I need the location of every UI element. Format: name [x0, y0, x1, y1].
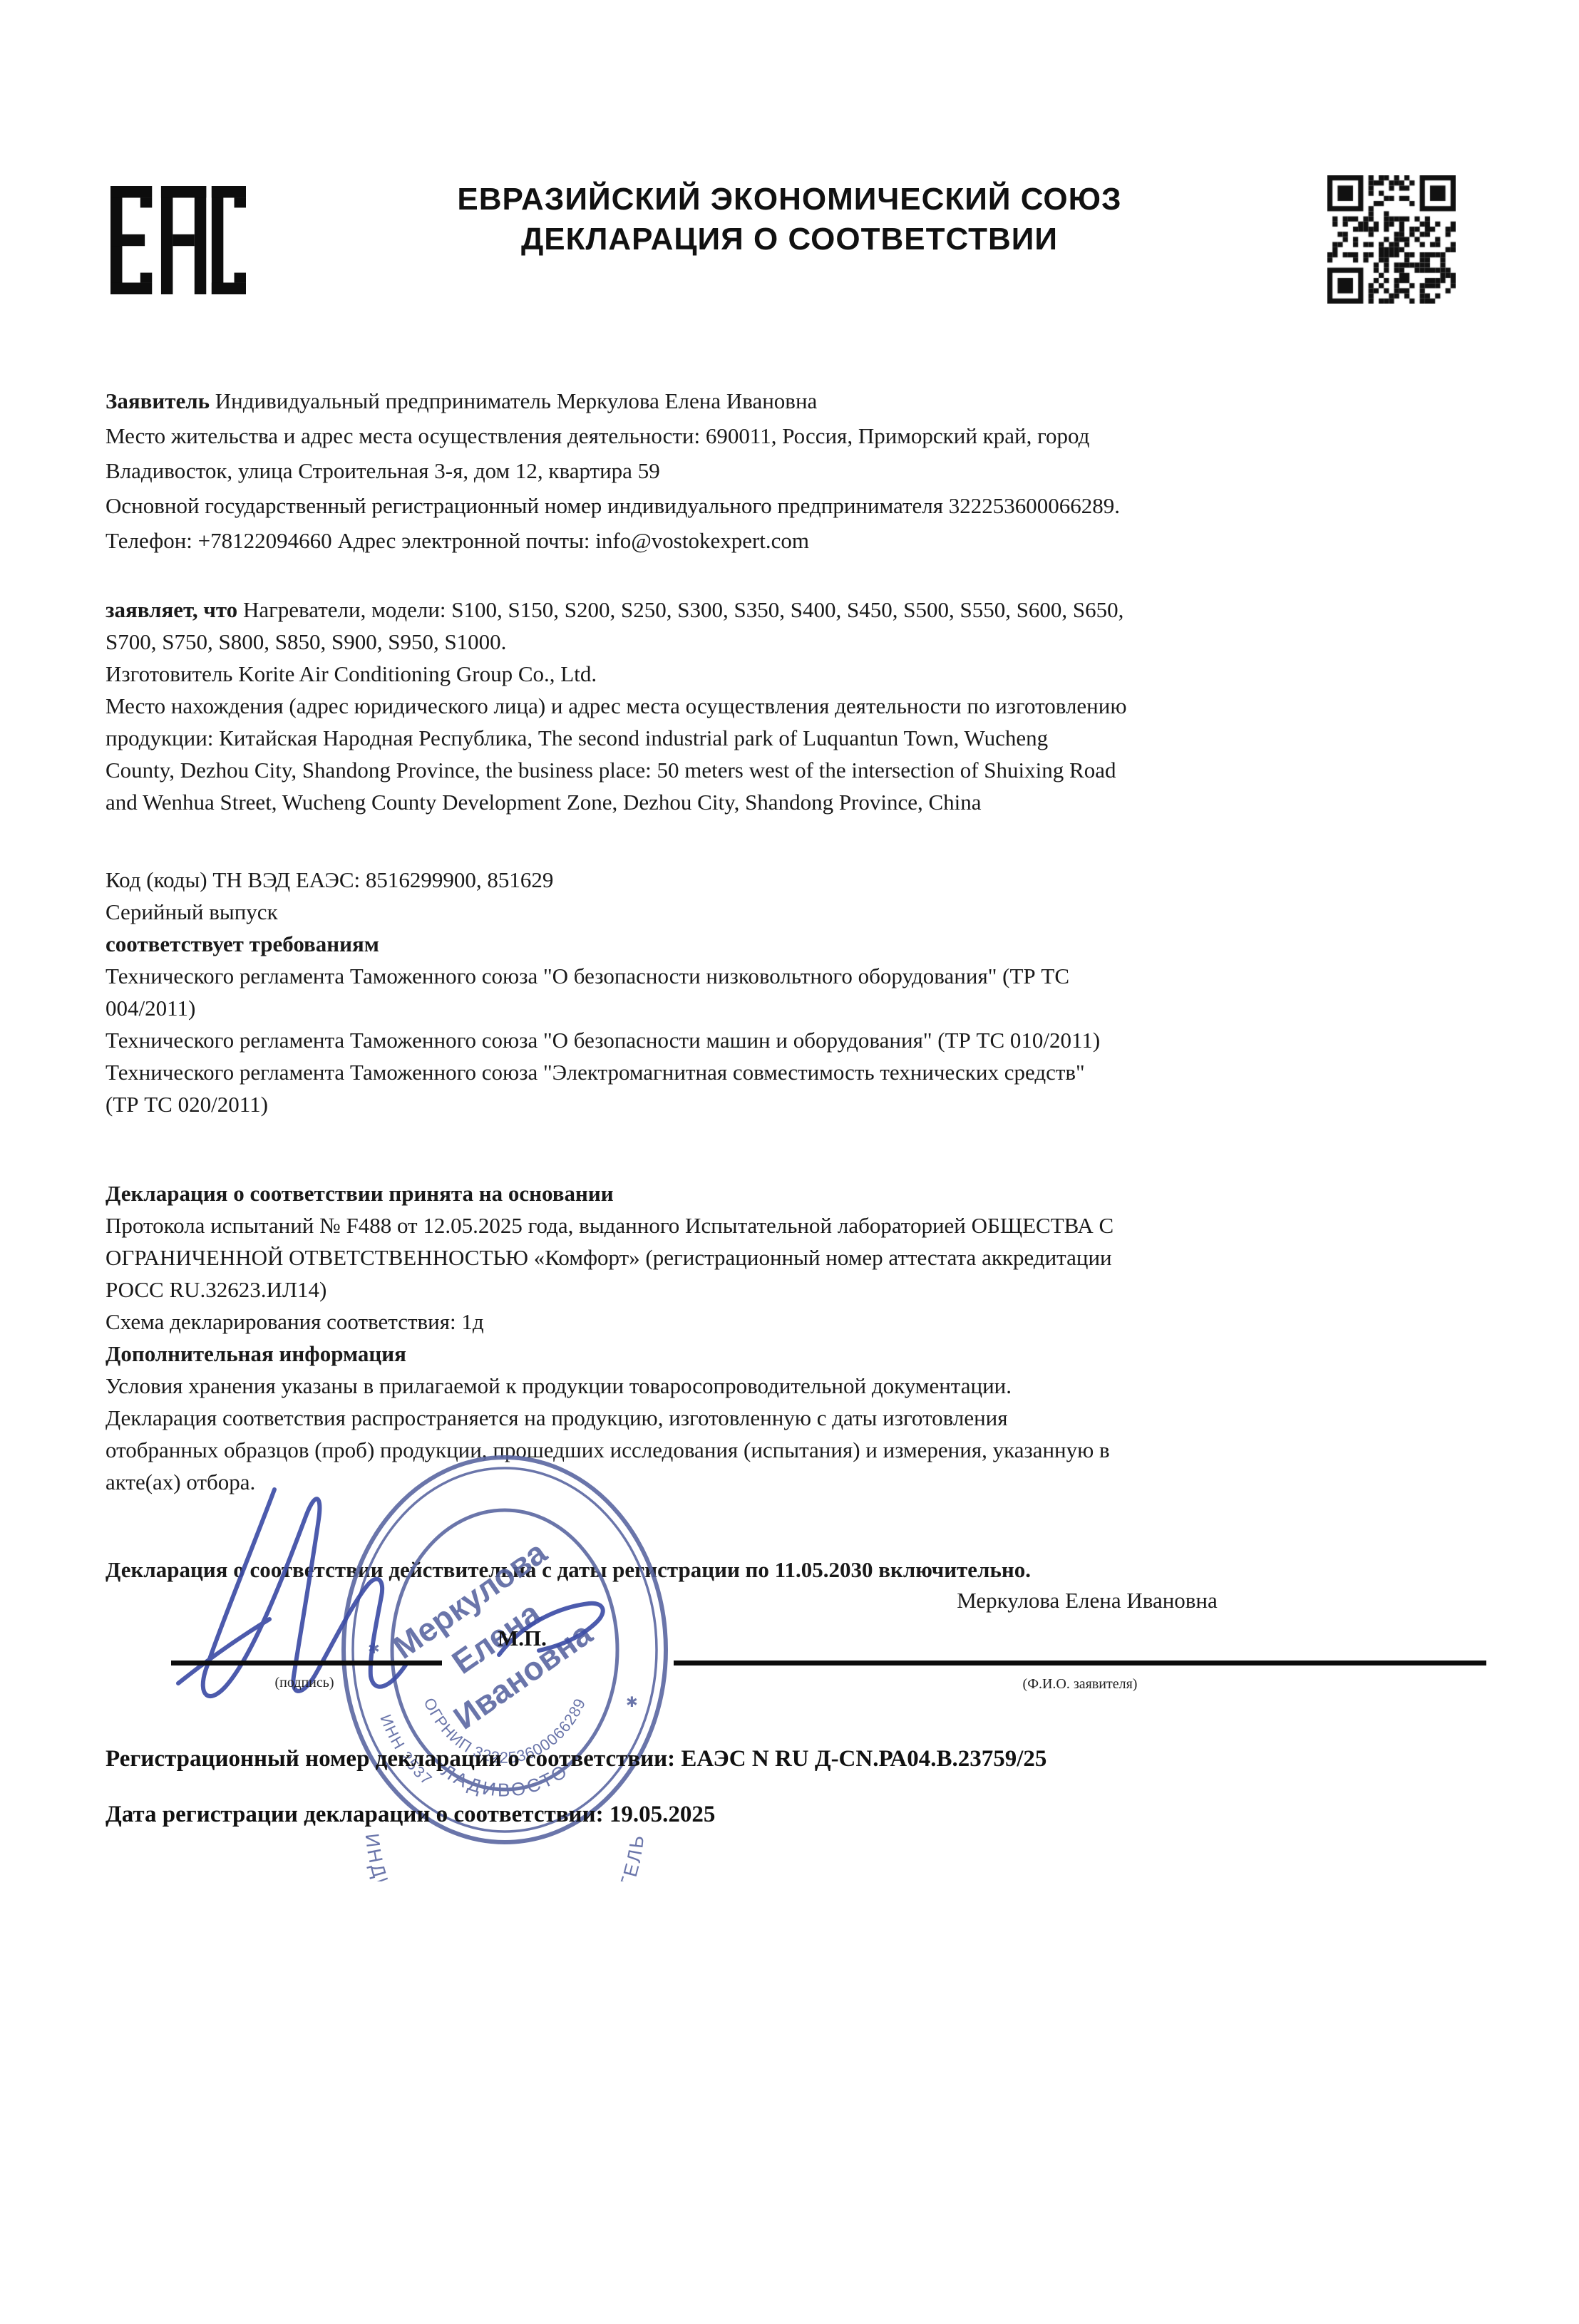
declares-label: заявляет, что: [106, 597, 237, 622]
basis-line1: Протокола испытаний № F488 от 12.05.2025…: [106, 1209, 1486, 1241]
additional-heading: Дополнительная информация: [106, 1338, 1486, 1370]
manufacturer-line: Изготовитель Korite Air Conditioning Gro…: [106, 658, 1486, 690]
stamp-place-label: М.П.: [498, 1626, 547, 1651]
serial-line: Серийный выпуск: [106, 896, 1486, 928]
fio-line: [674, 1661, 1486, 1665]
scheme-line: Схема декларирования соответствия: 1д: [106, 1306, 1486, 1338]
declares-line2: S700, S750, S800, S850, S900, S950, S100…: [106, 626, 1486, 658]
applicant-address-line2: Владивосток, улица Строительная 3-я, дом…: [106, 453, 1486, 488]
signature-line: [171, 1661, 442, 1665]
handwritten-signature: [135, 1461, 649, 1718]
stamp-ring-text: ИНДИВИДУАЛЬНЫЙ ПРЕДПРИНИМАТЕЛЬ: [361, 1832, 649, 1881]
stamp-ring-text-container: ИНДИВИДУАЛЬНЫЙ ПРЕДПРИНИМАТЕЛЬ: [361, 1832, 649, 1881]
qr-code: [1327, 175, 1456, 304]
applicant-address-line1: Место жительства и адрес места осуществл…: [106, 418, 1486, 453]
fio-caption: (Ф.И.О. заявителя): [937, 1676, 1223, 1693]
applicant-name: Индивидуальный предприниматель Меркулова…: [210, 388, 817, 413]
declaration-document: ЕВРАЗИЙСКИЙ ЭКОНОМИЧЕСКИЙ СОЮЗ ДЕКЛАРАЦИ…: [0, 0, 1579, 2324]
registration-date-line: Дата регистрации декларации о соответств…: [106, 1802, 1524, 1828]
manufacturer-location-line4: and Wenhua Street, Wucheng County Develo…: [106, 786, 1486, 818]
declares-line1: заявляет, что Нагреватели, модели: S100,…: [106, 594, 1486, 626]
applicant-ogrnip-line: Основной государственный регистрационный…: [106, 488, 1486, 523]
applicant-line: Заявитель Индивидуальный предприниматель…: [106, 383, 1486, 418]
regulation2-line: Технического регламента Таможенного союз…: [106, 1024, 1486, 1056]
basis-line2: ОГРАНИЧЕННОЙ ОТВЕТСТВЕННОСТЬЮ «Комфорт» …: [106, 1241, 1486, 1274]
applicant-fio-name: Меркулова Елена Ивановна: [838, 1588, 1337, 1613]
applicant-section: Заявитель Индивидуальный предприниматель…: [106, 383, 1486, 558]
regulation3-line1: Технического регламента Таможенного союз…: [106, 1056, 1486, 1088]
basis-line3: РОСС RU.32623.ИЛ14): [106, 1274, 1486, 1306]
declares-models-1: Нагреватели, модели: S100, S150, S200, S…: [237, 597, 1123, 622]
signature-caption: (подпись): [233, 1675, 376, 1691]
regulation1-line2: 004/2011): [106, 992, 1486, 1024]
conforms-heading: соответствует требованиям: [106, 928, 1486, 960]
basis-heading: Декларация о соответствии принята на осн…: [106, 1177, 1486, 1209]
manufacturer-location-line2: продукции: Китайская Народная Республика…: [106, 722, 1486, 754]
regulation3-line2: (ТР ТС 020/2011): [106, 1088, 1486, 1120]
regulation1-line1: Технического регламента Таможенного союз…: [106, 960, 1486, 992]
tnved-line: Код (коды) ТН ВЭД ЕАЭС: 8516299900, 8516…: [106, 864, 1486, 896]
product-section: заявляет, что Нагреватели, модели: S100,…: [106, 594, 1486, 818]
additional-line1: Условия хранения указаны в прилагаемой к…: [106, 1370, 1486, 1402]
registration-number-line: Регистрационный номер декларации о соотв…: [106, 1746, 1524, 1772]
codes-section: Код (коды) ТН ВЭД ЕАЭС: 8516299900, 8516…: [106, 864, 1486, 1120]
applicant-contacts-line: Телефон: +78122094660 Адрес электронной …: [106, 523, 1486, 558]
manufacturer-location-line1: Место нахождения (адрес юридического лиц…: [106, 690, 1486, 722]
manufacturer-location-line3: County, Dezhou City, Shandong Province, …: [106, 754, 1486, 786]
applicant-label: Заявитель: [106, 388, 210, 413]
